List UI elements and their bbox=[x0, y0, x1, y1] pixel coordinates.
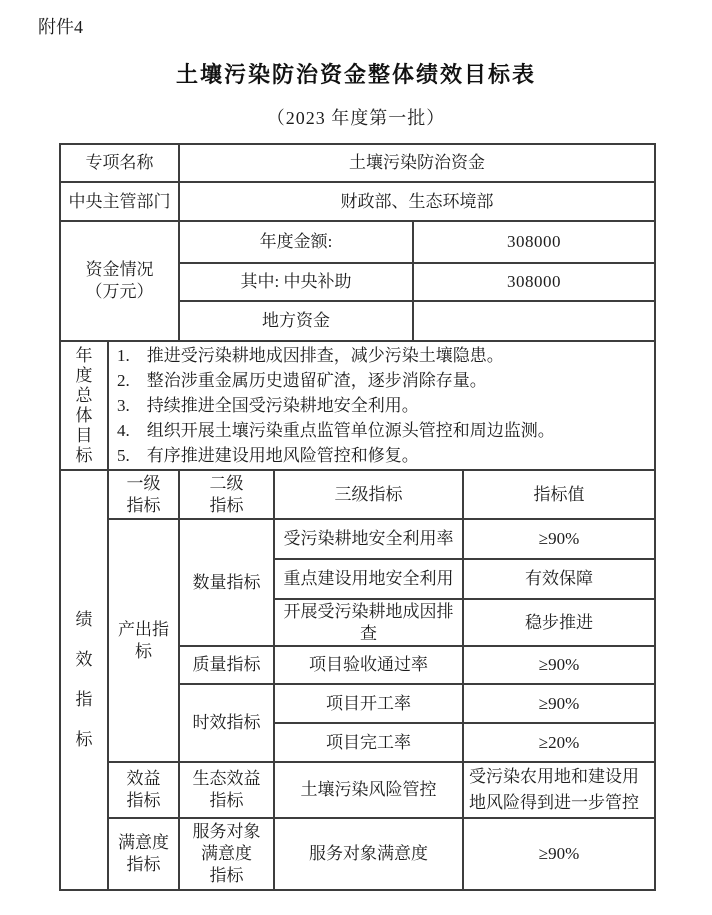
goal-item: 4. 组织开展土壤污染重点监管单位源头管控和周边监测。 bbox=[117, 418, 650, 443]
indicator-value-cell: 受污染农用地和建设用 地风险得到进一步管控 bbox=[463, 762, 655, 818]
level2-quality-cell: 质量指标 bbox=[179, 646, 274, 684]
indicator-value-cell: ≥90% bbox=[463, 519, 655, 559]
goal-item: 5. 有序推进建设用地风险管控和修复。 bbox=[117, 443, 650, 468]
level1-satisfaction-cell: 满意度 指标 bbox=[108, 818, 179, 890]
level1-benefit-cell: 效益 指标 bbox=[108, 762, 179, 818]
header-value-cell: 指标值 bbox=[463, 470, 655, 519]
header-level2-cell: 二级 指标 bbox=[179, 470, 274, 519]
spec-name-label-cell: 专项名称 bbox=[60, 144, 179, 182]
dept-value-cell: 财政部、生态环境部 bbox=[179, 182, 655, 221]
spec-name-value-cell: 土壤污染防治资金 bbox=[179, 144, 655, 182]
table-row: 年 度 总 体 目 标 1. 推进受污染耕地成因排查，减少污染土壤隐患。 2. … bbox=[60, 341, 655, 470]
table-row: 效益 指标 生态效益 指标 土壤污染风险管控 受污染农用地和建设用 地风险得到进… bbox=[60, 762, 655, 818]
funding-label-cell: 资金情况 （万元） bbox=[60, 221, 179, 341]
indicator-value-cell: 稳步推进 bbox=[463, 599, 655, 646]
indicator-l3-cell: 重点建设用地安全利用 bbox=[274, 559, 463, 599]
table-row: 资金情况 （万元） 年度金额: 308000 bbox=[60, 221, 655, 263]
indicator-value-cell: 有效保障 bbox=[463, 559, 655, 599]
local-funds-label-cell: 地方资金 bbox=[179, 301, 413, 341]
local-funds-value-cell bbox=[413, 301, 655, 341]
indicator-l3-cell: 服务对象满意度 bbox=[274, 818, 463, 890]
table-row: 中央主管部门 财政部、生态环境部 bbox=[60, 182, 655, 221]
annual-amount-value-cell: 308000 bbox=[413, 221, 655, 263]
indicator-l3-cell: 受污染耕地安全利用率 bbox=[274, 519, 463, 559]
level2-quantity-cell: 数量指标 bbox=[179, 519, 274, 646]
level1-output-cell: 产出指 标 bbox=[108, 519, 179, 762]
indicator-value-cell: ≥90% bbox=[463, 818, 655, 890]
performance-target-table: 专项名称 土壤污染防治资金 中央主管部门 财政部、生态环境部 资金情况 （万元）… bbox=[59, 143, 656, 891]
table-row: 专项名称 土壤污染防治资金 bbox=[60, 144, 655, 182]
header-level1-cell: 一级 指标 bbox=[108, 470, 179, 519]
indicator-l3-cell: 开展受污染耕地成因排 查 bbox=[274, 599, 463, 646]
page-title: 土壤污染防治资金整体绩效目标表 bbox=[0, 58, 712, 89]
level2-eco-benefit-cell: 生态效益 指标 bbox=[179, 762, 274, 818]
indicators-section-label-cell: 绩 效 指 标 bbox=[60, 470, 108, 890]
indicator-l3-cell: 项目完工率 bbox=[274, 723, 463, 762]
indicator-value-cell: ≥20% bbox=[463, 723, 655, 762]
annual-amount-label-cell: 年度金额: bbox=[179, 221, 413, 263]
indicator-value-cell: ≥90% bbox=[463, 684, 655, 723]
level2-service-satisfaction-cell: 服务对象 满意度 指标 bbox=[179, 818, 274, 890]
indicator-value-cell: ≥90% bbox=[463, 646, 655, 684]
annual-goals-cell: 1. 推进受污染耕地成因排查，减少污染土壤隐患。 2. 整治涉重金属历史遗留矿渣… bbox=[108, 341, 655, 470]
indicator-l3-cell: 项目开工率 bbox=[274, 684, 463, 723]
document-page: 附件4 土壤污染防治资金整体绩效目标表 （2023 年度第一批） 专项名称 土壤… bbox=[0, 0, 712, 915]
goal-item: 1. 推进受污染耕地成因排查，减少污染土壤隐患。 bbox=[117, 343, 650, 368]
table-row: 产出指 标 数量指标 受污染耕地安全利用率 ≥90% bbox=[60, 519, 655, 559]
annual-goals-label-cell: 年 度 总 体 目 标 bbox=[60, 341, 108, 470]
central-subsidy-label-cell: 其中: 中央补助 bbox=[179, 263, 413, 301]
dept-label-cell: 中央主管部门 bbox=[60, 182, 179, 221]
table-row: 绩 效 指 标 一级 指标 二级 指标 三级指标 指标值 bbox=[60, 470, 655, 519]
header-level3-cell: 三级指标 bbox=[274, 470, 463, 519]
goal-item: 3. 持续推进全国受污染耕地安全利用。 bbox=[117, 393, 650, 418]
table-row: 满意度 指标 服务对象 满意度 指标 服务对象满意度 ≥90% bbox=[60, 818, 655, 890]
level2-timeliness-cell: 时效指标 bbox=[179, 684, 274, 762]
goal-item: 2. 整治涉重金属历史遗留矿渣，逐步消除存量。 bbox=[117, 368, 650, 393]
page-subtitle: （2023 年度第一批） bbox=[0, 104, 712, 130]
indicator-l3-cell: 项目验收通过率 bbox=[274, 646, 463, 684]
central-subsidy-value-cell: 308000 bbox=[413, 263, 655, 301]
indicator-l3-cell: 土壤污染风险管控 bbox=[274, 762, 463, 818]
attachment-label: 附件4 bbox=[38, 15, 83, 39]
